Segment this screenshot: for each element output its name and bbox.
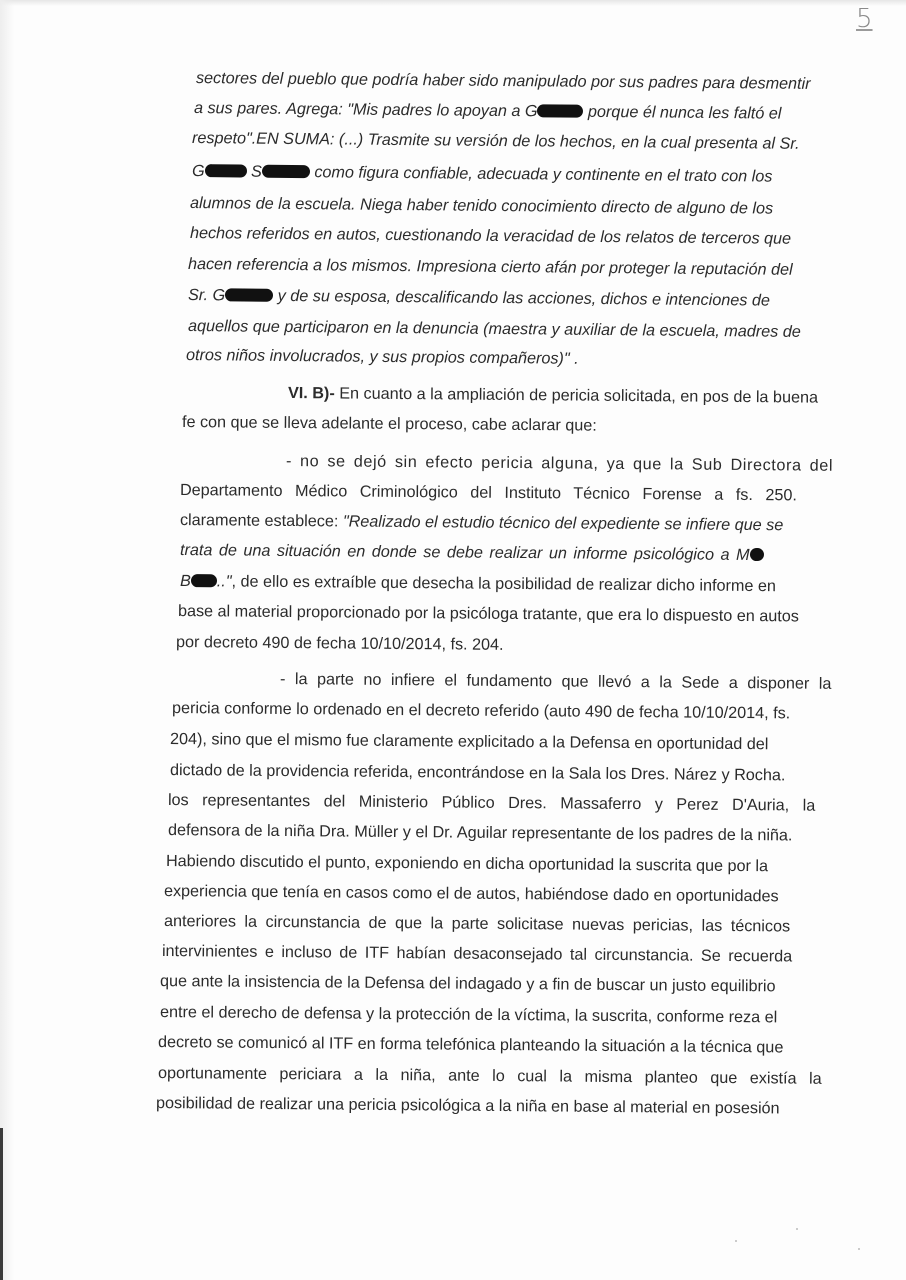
text-line: 204), sino que el mismo fue claramente e… xyxy=(170,729,769,754)
text-line: trata de una situación en donde se debe … xyxy=(180,540,764,565)
page-number: 5 xyxy=(856,4,873,34)
text-line: intervinientes e incluso de ITF habían d… xyxy=(162,941,792,966)
text-line: defensora de la niña Dra. Müller y el Dr… xyxy=(168,820,793,845)
text-line: alumnos de la escuela. Niega haber tenid… xyxy=(190,193,773,219)
scan-left-shadow xyxy=(0,0,14,1280)
redaction-mark xyxy=(537,104,583,117)
text-line: claramente establece: "Realizado el estu… xyxy=(180,510,783,535)
text-line: - la parte no infiere el fundamento que … xyxy=(280,669,832,694)
text-line: hechos referidos en autos, cuestionando … xyxy=(190,223,791,249)
text-line: hacen referencia a los mismos. Impresion… xyxy=(188,254,793,280)
text-line: VI. B)- En cuanto a la ampliación de per… xyxy=(288,383,818,408)
redaction-mark xyxy=(749,548,763,561)
text-line: oportunamente periciara a la niña, ante … xyxy=(158,1063,822,1089)
text-line: pericia conforme lo ordenado en el decre… xyxy=(172,698,790,723)
text-line: Departamento Médico Criminológico del In… xyxy=(180,480,797,505)
text-line: respeto".EN SUMA: (...) Trasmite su vers… xyxy=(192,128,800,154)
text-line: otros niños involucrados, y sus propios … xyxy=(186,345,579,369)
text-line: G S como figura confiable, adecuada y co… xyxy=(192,161,773,187)
text-line: anteriores la circunstancia de que la pa… xyxy=(164,911,790,936)
scanned-document-page: 5 sectores del pueblo que podría haber s… xyxy=(0,0,906,1280)
text-line: a sus pares. Agrega: "Mis padres lo apoy… xyxy=(194,98,782,124)
text-line: por decreto 490 de fecha 10/10/2014, fs.… xyxy=(176,632,504,655)
scan-speck xyxy=(796,1228,798,1230)
scan-speck xyxy=(858,1248,860,1250)
text-line: los representantes del Ministerio Públic… xyxy=(168,790,815,816)
text-line: Habiendo discutido el punto, exponiendo … xyxy=(166,851,768,876)
text-line: decreto se comunicó al ITF en forma tele… xyxy=(158,1032,784,1057)
text-line: Sr. G y de su esposa, descalificando las… xyxy=(188,285,770,311)
text-line: posibilidad de realizar una pericia psic… xyxy=(156,1093,780,1118)
text-line: dictado de la providencia referida, enco… xyxy=(170,760,786,785)
redaction-mark xyxy=(225,288,273,301)
redaction-mark xyxy=(205,164,247,177)
text-line: que ante la insistencia de la Defensa de… xyxy=(160,971,776,996)
text-line: sectores del pueblo que podría haber sid… xyxy=(196,68,811,94)
scan-top-shadow xyxy=(0,0,906,6)
text-line: entre el derecho de defensa y la protecc… xyxy=(160,1002,777,1027)
text-line: base al material proporcionado por la ps… xyxy=(178,601,799,626)
text-line: B..", de ello es extraíble que desecha l… xyxy=(180,571,776,596)
section-heading: VI. B)- xyxy=(288,384,335,402)
redaction-mark xyxy=(262,165,310,178)
text-line: experiencia que tenía en casos como el d… xyxy=(164,881,779,906)
binding-edge xyxy=(0,1128,3,1280)
text-line: aquellos que participaron en la denuncia… xyxy=(188,316,801,342)
scan-speck xyxy=(735,1240,737,1242)
text-line: fe con que se lleva adelante el proceso,… xyxy=(182,412,597,436)
redaction-mark xyxy=(191,574,217,587)
text-line: - no se dejó sin efecto pericia alguna, … xyxy=(286,451,833,476)
